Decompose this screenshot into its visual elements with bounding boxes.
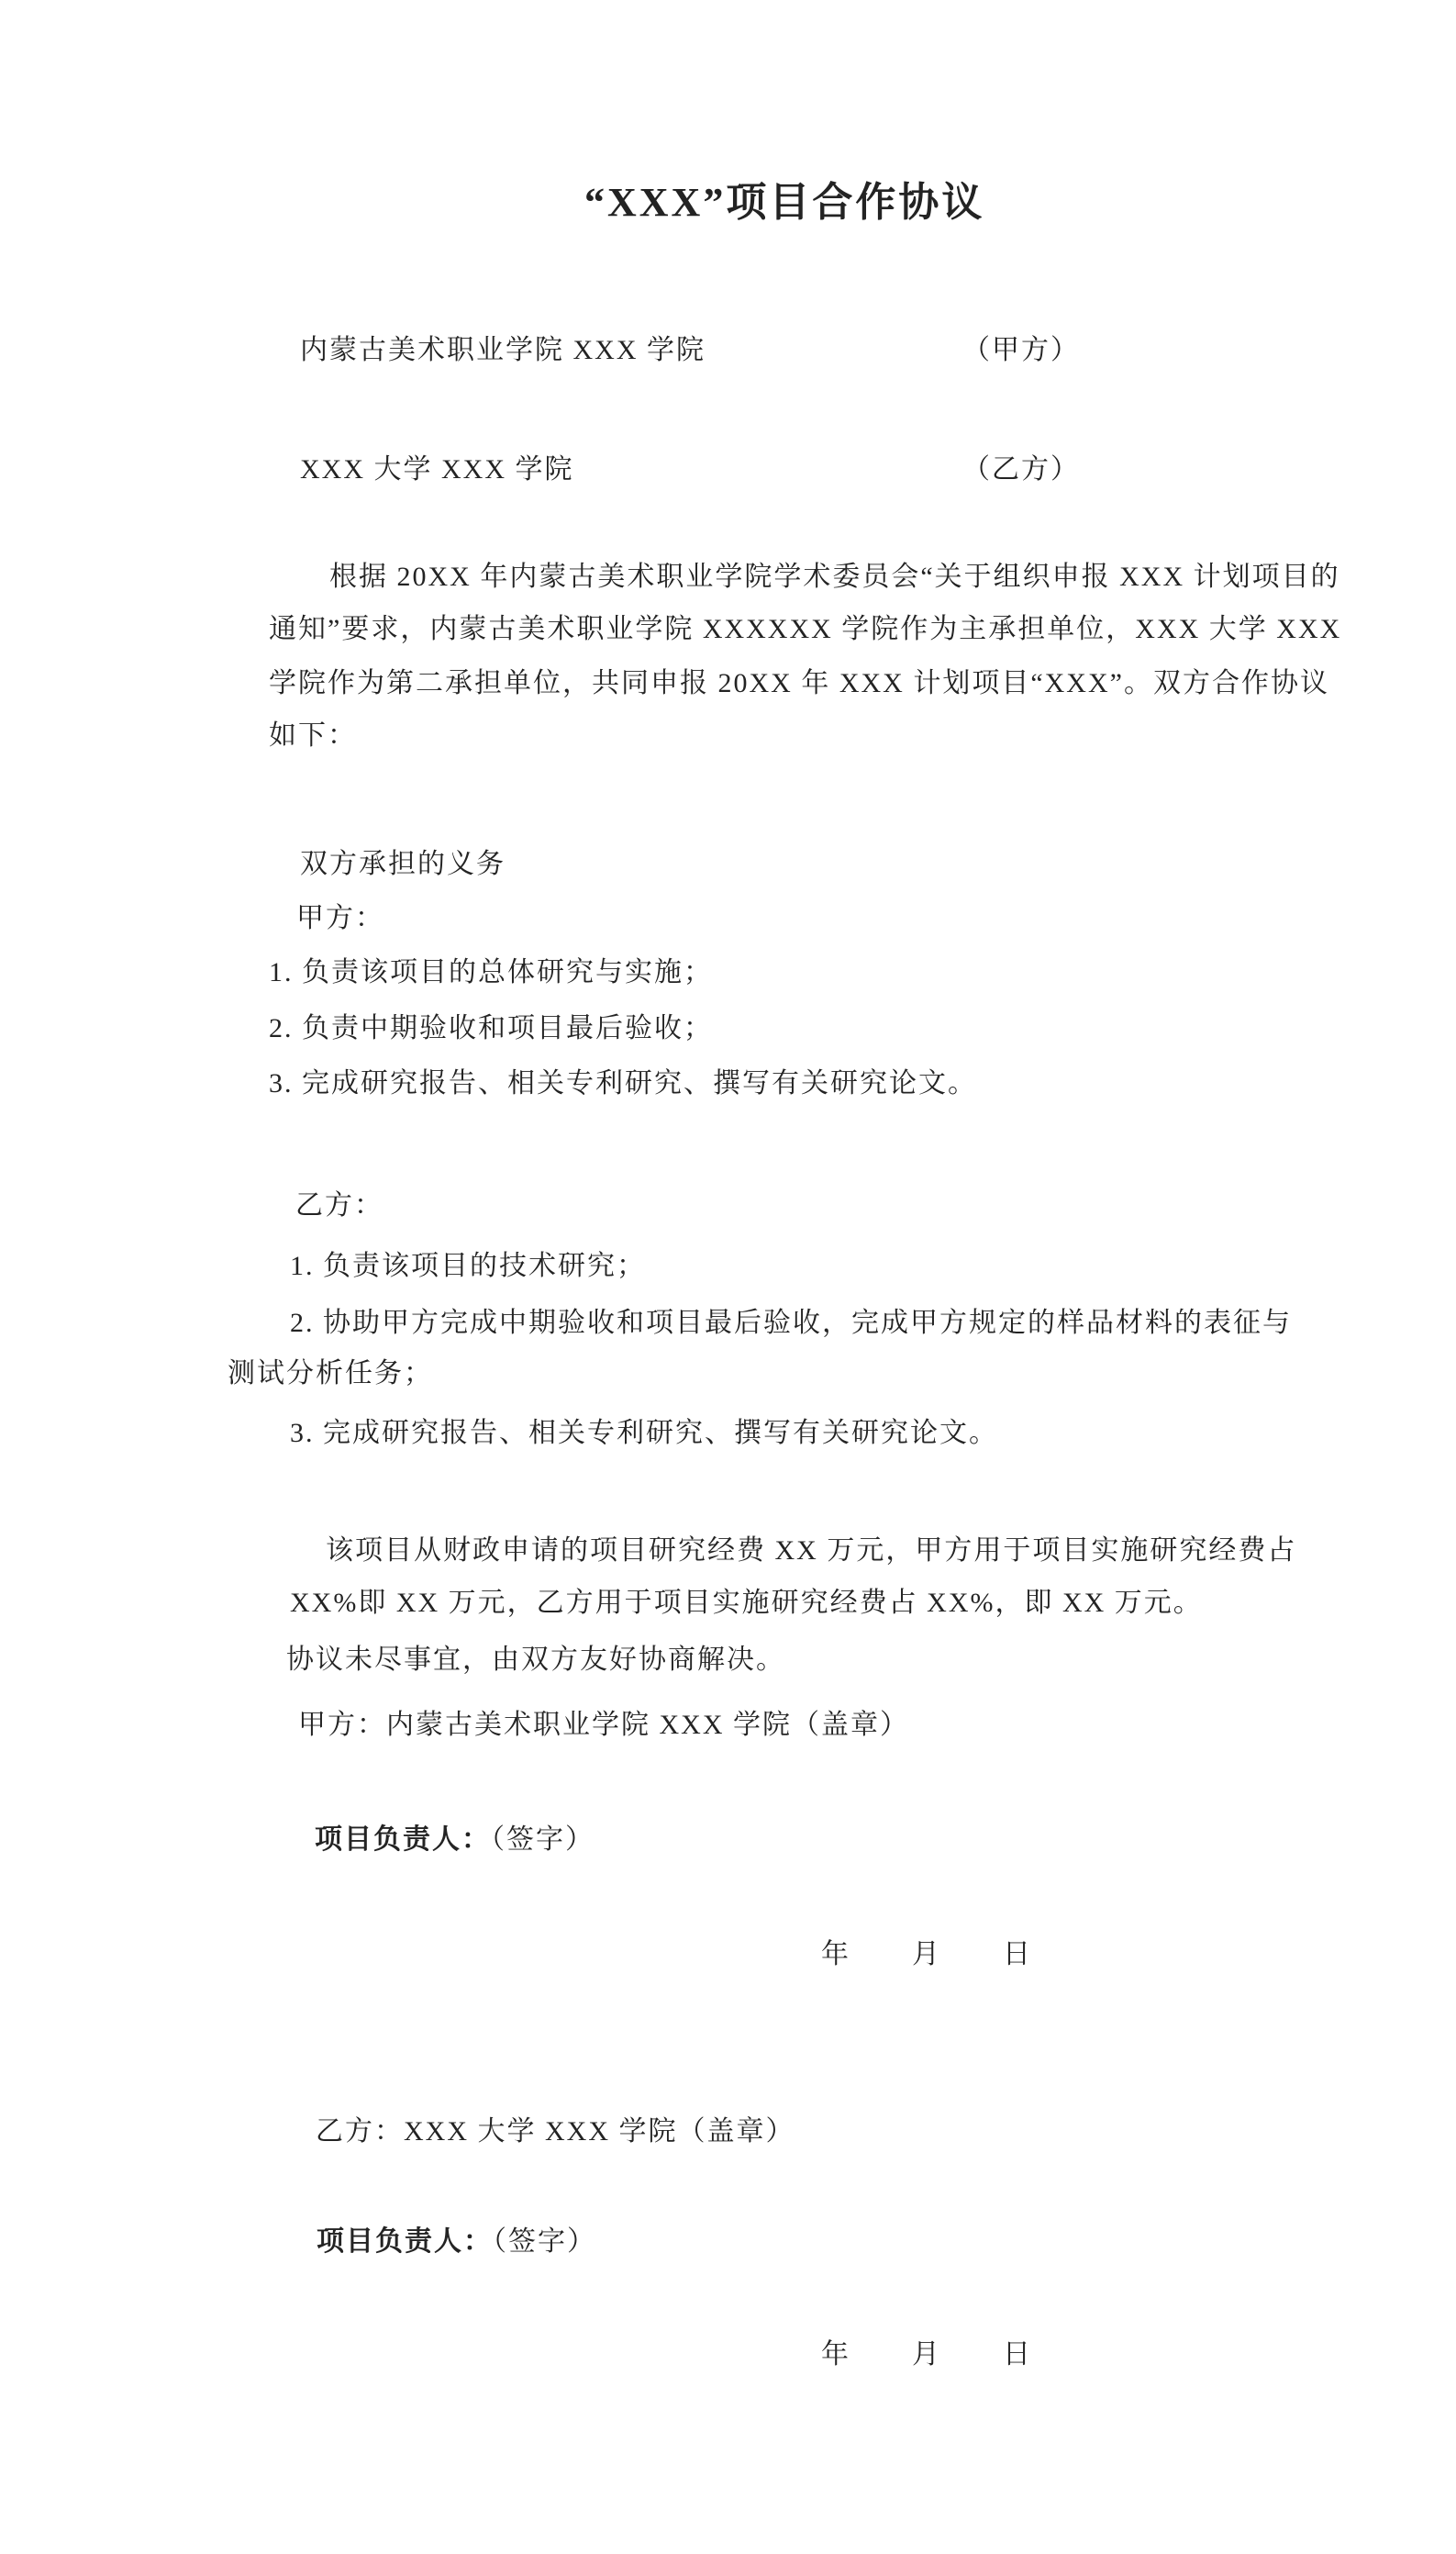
obligations-heading: 双方承担的义务	[300, 851, 506, 878]
party-b-date-month: 月	[912, 2341, 941, 2369]
party-a-date-year: 年	[821, 1941, 850, 1968]
party-b-name: XXX 大学 XXX 学院	[300, 456, 574, 484]
party-a-leader-line: 项目负责人：（签字）	[315, 1826, 595, 1854]
party-a-obligation-item: 3. 完成研究报告、相关专利研究、撰写有关研究论文。	[269, 1070, 977, 1098]
party-b-leader-label: 项目负责人：	[317, 2226, 493, 2257]
party-a-date-day: 日	[1003, 1941, 1032, 1968]
intro-line: 如下：	[269, 722, 357, 750]
party-a-name: 内蒙古美术职业学院 XXX 学院	[300, 337, 706, 364]
document-page: “XXX”项目合作协议 内蒙古美术职业学院 XXX 学院 （甲方） XXX 大学…	[0, 0, 1456, 2554]
party-b-obligation-item-continuation: 测试分析任务；	[228, 1360, 433, 1388]
party-a-leader-label: 项目负责人：	[315, 1824, 491, 1855]
funding-line: XX%即 XX 万元，乙方用于项目实施研究经费占 XX%，即 XX 万元。	[290, 1589, 1203, 1617]
funding-line: 该项目从财政申请的项目研究经费 XX 万元，甲方用于项目实施研究经费占	[326, 1537, 1296, 1565]
funding-line: 协议未尽事宜，由双方友好协商解决。	[286, 1646, 785, 1674]
intro-line: 学院作为第二承担单位，共同申报 20XX 年 XXX 计划项目“XXX”。双方合…	[269, 670, 1329, 697]
party-b-date-day: 日	[1003, 2341, 1032, 2369]
party-a-label: （甲方）	[962, 337, 1080, 364]
party-b-obligations-label: 乙方：	[295, 1192, 383, 1220]
party-b-obligation-item: 3. 完成研究报告、相关专利研究、撰写有关研究论文。	[290, 1420, 998, 1447]
party-a-sign-hint: （签字）	[491, 1824, 595, 1855]
party-b-label: （乙方）	[962, 456, 1080, 484]
party-a-obligation-item: 1. 负责该项目的总体研究与实施；	[269, 959, 713, 987]
party-b-leader-line: 项目负责人：（签字）	[317, 2228, 596, 2256]
party-a-seal-line: 甲方：内蒙古美术职业学院 XXX 学院（盖章）	[298, 1712, 909, 1739]
party-a-date-month: 月	[912, 1941, 941, 1968]
party-b-seal-line: 乙方：XXX 大学 XXX 学院（盖章）	[316, 2118, 795, 2146]
party-b-obligation-item: 1. 负责该项目的技术研究；	[290, 1253, 646, 1280]
party-a-obligations-label: 甲方：	[296, 905, 384, 932]
party-b-date-year: 年	[821, 2341, 850, 2369]
party-b-obligation-item: 2. 协助甲方完成中期验收和项目最后验收，完成甲方规定的样品材料的表征与	[290, 1310, 1292, 1337]
party-b-sign-hint: （签字）	[493, 2226, 596, 2257]
intro-line: 通知”要求，内蒙古美术职业学院 XXXXXX 学院作为主承担单位，XXX 大学 …	[269, 616, 1341, 643]
intro-line: 根据 20XX 年内蒙古美术职业学院学术委员会“关于组织申报 XXX 计划项目的	[329, 563, 1340, 591]
document-title: “XXX”项目合作协议	[584, 183, 984, 223]
party-a-obligation-item: 2. 负责中期验收和项目最后验收；	[269, 1015, 713, 1043]
